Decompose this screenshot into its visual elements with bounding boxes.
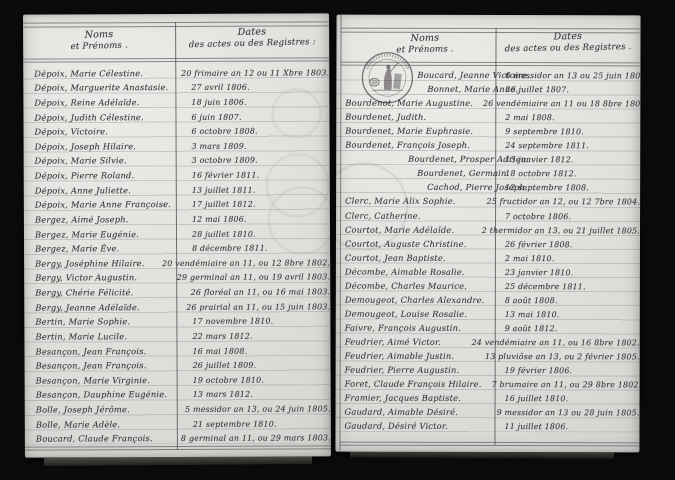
register-row: Dépoix, Joseph Hilaire.3 mars 1809. xyxy=(24,136,330,152)
entry-date: 13 mai 1810. xyxy=(495,310,640,319)
register-row: Demougeot, Louise Rosalie.13 mai 1810. xyxy=(336,305,640,320)
entry-name: Demougeot, Louise Rosalie. xyxy=(336,308,495,318)
register-row: Courtot, Jean Baptiste.2 mai 1810. xyxy=(336,249,640,264)
entry-name: Feudrier, Pierre Augustin. xyxy=(336,365,495,375)
entry-rows-right: Boucard, Jeanne Victoire.6 messidor an 1… xyxy=(335,67,640,433)
entry-name: Bourdenet, François Joseph. xyxy=(336,140,495,150)
register-row: Besançon, Jean François.26 juillet 1809. xyxy=(25,356,331,372)
official-round-stamp-icon: 50 xyxy=(359,50,415,106)
register-row: Décombe, Aimable Rosalie.23 janvier 1810… xyxy=(336,263,640,278)
entry-name: Dépoix, Marie Silvie. xyxy=(24,155,176,166)
entry-date: 24 septembre 1811. xyxy=(495,141,640,150)
entry-name: Besançon, Jean François. xyxy=(25,360,177,371)
entry-name: Besançon, Dauphine Eugénie. xyxy=(25,389,177,400)
entry-date: 29 germinal an 11, ou 19 avril 1803. xyxy=(161,273,330,283)
entry-date: 13 mars 1812. xyxy=(177,390,331,400)
register-row: Décombe, Charles Maurice.25 décembre 181… xyxy=(336,277,640,292)
register-row: Faivre, François Augustin.9 août 1812. xyxy=(336,319,640,334)
entry-date: 19 octobre 1810. xyxy=(177,375,331,385)
rule-line xyxy=(341,28,641,30)
register-row: Demougeot, Charles Alexandre.8 août 1808… xyxy=(336,291,640,306)
entry-date: 9 messidor an 13 ou 28 juin 1805. xyxy=(487,408,640,417)
entry-name: Foret, Claude François Hilaire. xyxy=(336,379,482,389)
entry-name: Bertin, Marie Sophie. xyxy=(24,316,176,327)
entry-date: 17 novembre 1810. xyxy=(176,317,330,327)
entry-name: Feudrier, Aimé Victor. xyxy=(336,337,462,347)
entry-date: 2 thermidor an 13, ou 21 juillet 1805. xyxy=(472,226,640,235)
entry-name: Besançon, Jean François. xyxy=(24,346,176,357)
entry-date: 26 floréal an 11, ou 16 mai 1803. xyxy=(175,287,331,297)
entry-date: 2 mai 1810. xyxy=(495,254,640,263)
register-row: Bolle, Joseph Jérôme.5 messidor an 13, o… xyxy=(25,400,331,416)
paper-edge xyxy=(44,456,312,466)
entry-name: Besançon, Marie Virginie. xyxy=(25,375,177,386)
entry-name: Bertin, Marie Lucile. xyxy=(24,331,176,342)
ink-bleed-ghost-stamp xyxy=(268,186,331,254)
header-registres-word: des actes ou des Registres . xyxy=(496,42,641,56)
entry-date: 26 juillet 1807. xyxy=(495,85,640,94)
names-column-header: Noms et Prénoms . xyxy=(23,27,175,54)
entry-date: 26 prairial an 11, ou 15 juin 1803. xyxy=(170,302,330,312)
entry-date: 12 septembre 1808. xyxy=(495,183,640,192)
entry-date: 3 mars 1809. xyxy=(176,141,330,151)
entry-date: 20 vendémiaire an 11, ou 12 8bre 1802. xyxy=(146,258,330,268)
entry-name: Dépoix, Victoire. xyxy=(24,126,176,137)
entry-date: 21 septembre 1810. xyxy=(177,419,331,429)
entry-date: 26 février 1808. xyxy=(495,240,640,249)
entry-date: 23 janvier 1810. xyxy=(495,268,640,277)
entry-name: Dépoix, Judith Célestine. xyxy=(23,112,175,123)
entry-name: Boucard, Claude François. xyxy=(25,433,165,444)
register-row: Feudrier, Pierre Augustin.19 février 180… xyxy=(336,362,640,377)
entry-date: 18 octobre 1812. xyxy=(495,169,640,178)
entry-date: 5 messidor an 13, ou 24 juin 1805. xyxy=(169,404,331,414)
register-row: Feudrier, Aimé Victor.24 vendémiaire an … xyxy=(336,333,640,348)
register-row: Foret, Claude François Hilaire.7 brumair… xyxy=(336,376,640,391)
entry-name: Dépoix, Anne Juliette. xyxy=(24,185,176,196)
register-row: Framier, Jacques Baptiste.16 juillet 181… xyxy=(336,390,640,405)
entry-name: Gaudard, Désiré Victor. xyxy=(335,421,494,431)
entry-date: 2 mai 1808. xyxy=(495,113,640,122)
entry-date: 24 vendémiaire an 11, ou 16 8bre 1802. xyxy=(462,338,640,347)
entry-date: 9 septembre 1810. xyxy=(495,127,640,136)
register-row: Gaudard, Désiré Victor.11 juillet 1806. xyxy=(335,418,639,433)
entry-name: Bergez, Marie Ève. xyxy=(24,243,176,254)
entry-name: Faivre, François Augustin. xyxy=(336,322,495,332)
register-row: Bertin, Marie Sophie.17 novembre 1810. xyxy=(24,312,330,328)
entry-date: 26 vendémiaire an 11 ou 18 8bre 1802. xyxy=(473,99,641,108)
entry-name: Bergez, Aimé Joseph. xyxy=(24,214,176,225)
entry-name: Framier, Jacques Baptiste. xyxy=(336,393,495,403)
entry-date: 22 mars 1812. xyxy=(176,331,330,341)
entry-date: 26 juillet 1809. xyxy=(177,360,331,370)
entry-name: Dépoix, Reine Adélaïde. xyxy=(23,97,175,108)
entry-name: Dépoix, Joseph Hilaire. xyxy=(24,141,176,152)
ink-bleed-ghost-stamp xyxy=(271,88,321,138)
register-row: Bourdenet, Marie Euphrasie.9 septembre 1… xyxy=(336,123,640,138)
entry-date: 8 août 1808. xyxy=(495,296,640,305)
dates-column-header: Dates des actes ou des Registres . xyxy=(495,30,640,56)
rule-line xyxy=(25,448,331,450)
register-page-left: Noms et Prénoms . Dates des actes ou des… xyxy=(23,13,331,457)
register-row: Bourdenet, Judith.2 mai 1808. xyxy=(336,109,640,124)
paper-edge xyxy=(350,451,614,458)
entry-date: 13 pluviôse an 13, ou 2 février 1805. xyxy=(475,352,640,361)
entry-name: Bergy, Chérie Félicité. xyxy=(24,287,174,298)
entry-name: Bolle, Joseph Jérôme. xyxy=(25,404,169,415)
entry-date: 7 brumaire an 11, ou 29 8bre 1802. xyxy=(482,380,641,389)
entry-date: 6 messidor an 13 ou 25 juin 1805. xyxy=(495,71,640,80)
entry-date: 19 février 1806. xyxy=(495,366,640,375)
entry-name: Bourdenet, Judith. xyxy=(336,112,495,122)
entry-date: 20 frimaire an 12 ou 11 Xbre 1803. xyxy=(165,68,329,78)
entry-name: Bolle, Marie Adèle. xyxy=(25,419,177,430)
entry-name: Feudrier, Aimable Justin. xyxy=(336,351,475,361)
entry-name: Dépoix, Pierre Roland. xyxy=(24,170,176,181)
register-row: Bertin, Marie Lucile.22 mars 1812. xyxy=(24,327,330,343)
dates-column-header: Dates des actes ou des Registres : xyxy=(175,25,330,52)
entry-date: 16 juillet 1810. xyxy=(495,394,640,403)
scanned-register-spread: Noms et Prénoms . Dates des actes ou des… xyxy=(0,0,675,480)
register-row: Bergy, Joséphine Hilaire.20 vendémiaire … xyxy=(24,253,330,269)
register-row: Besançon, Jean François.16 mai 1808. xyxy=(24,341,330,357)
entry-name: Dépoix, Marie Anne Françoise. xyxy=(24,199,176,210)
rule-line xyxy=(339,445,639,447)
register-row: Bergy, Victor Augustin.29 germinal an 11… xyxy=(24,268,330,284)
entry-date: 11 juillet 1806. xyxy=(494,422,639,431)
entry-name: Décombe, Aimable Rosalie. xyxy=(336,266,495,276)
register-row: Bergy, Jeanne Adélaïde.26 prairial an 11… xyxy=(24,297,330,313)
register-row: Dépoix, Marie Célestine.20 frimaire an 1… xyxy=(23,63,329,79)
entry-name: Courtot, Jean Baptiste. xyxy=(336,252,495,262)
entry-name: Bergez, Marie Eugénie. xyxy=(24,229,176,240)
entry-date: 16 mai 1808. xyxy=(176,346,330,356)
entry-name: Dépoix, Marguerite Anastasie. xyxy=(23,82,175,93)
register-row: Bourdenet, François Joseph.24 septembre … xyxy=(336,137,640,152)
stamp-value-label: 50 xyxy=(372,80,378,85)
register-row: Gaudard, Aimable Désiré.9 messidor an 13… xyxy=(336,404,640,419)
register-row: Besançon, Dauphine Eugénie.13 mars 1812. xyxy=(25,385,331,401)
entry-name: Bergy, Victor Augustin. xyxy=(24,272,161,283)
entry-name: Bergy, Joséphine Hilaire. xyxy=(24,258,146,269)
entry-name: Demougeot, Charles Alexandre. xyxy=(336,294,495,304)
entry-date: 25 décembre 1811. xyxy=(495,282,640,291)
entry-name: Décombe, Charles Maurice. xyxy=(336,280,495,290)
entry-name: Dépoix, Marie Célestine. xyxy=(23,68,165,79)
entry-date: 8 germinal an 11, ou 29 mars 1803. xyxy=(165,434,331,444)
register-row: Besançon, Marie Virginie.19 octobre 1810… xyxy=(25,370,331,386)
rule-line xyxy=(339,442,639,444)
register-page-right: Noms et Prénoms . Dates des actes ou des… xyxy=(335,15,640,453)
register-row: Feudrier, Aimable Justin.13 pluviôse an … xyxy=(336,348,640,363)
register-row: Boucard, Claude François.8 germinal an 1… xyxy=(25,429,331,445)
entry-date: 9 août 1812. xyxy=(495,324,640,333)
register-row: Bolle, Marie Adèle.21 septembre 1810. xyxy=(25,414,331,430)
entry-name: Gaudard, Aimable Désiré. xyxy=(336,407,487,417)
entry-date: 25 fructidor an 12, ou 12 7bre 1804. xyxy=(476,197,640,206)
entry-date: 13 janvier 1812. xyxy=(495,155,640,164)
entry-name: Bourdenet, Marie Euphrasie. xyxy=(336,126,495,136)
register-row: Bergy, Chérie Félicité.26 floréal an 11,… xyxy=(24,283,330,299)
register-row: Bourdenet, Prosper Adrien.13 janvier 181… xyxy=(336,151,640,166)
entry-name: Bergy, Jeanne Adélaïde. xyxy=(24,302,170,313)
entry-date: 7 octobre 1806. xyxy=(495,212,640,221)
